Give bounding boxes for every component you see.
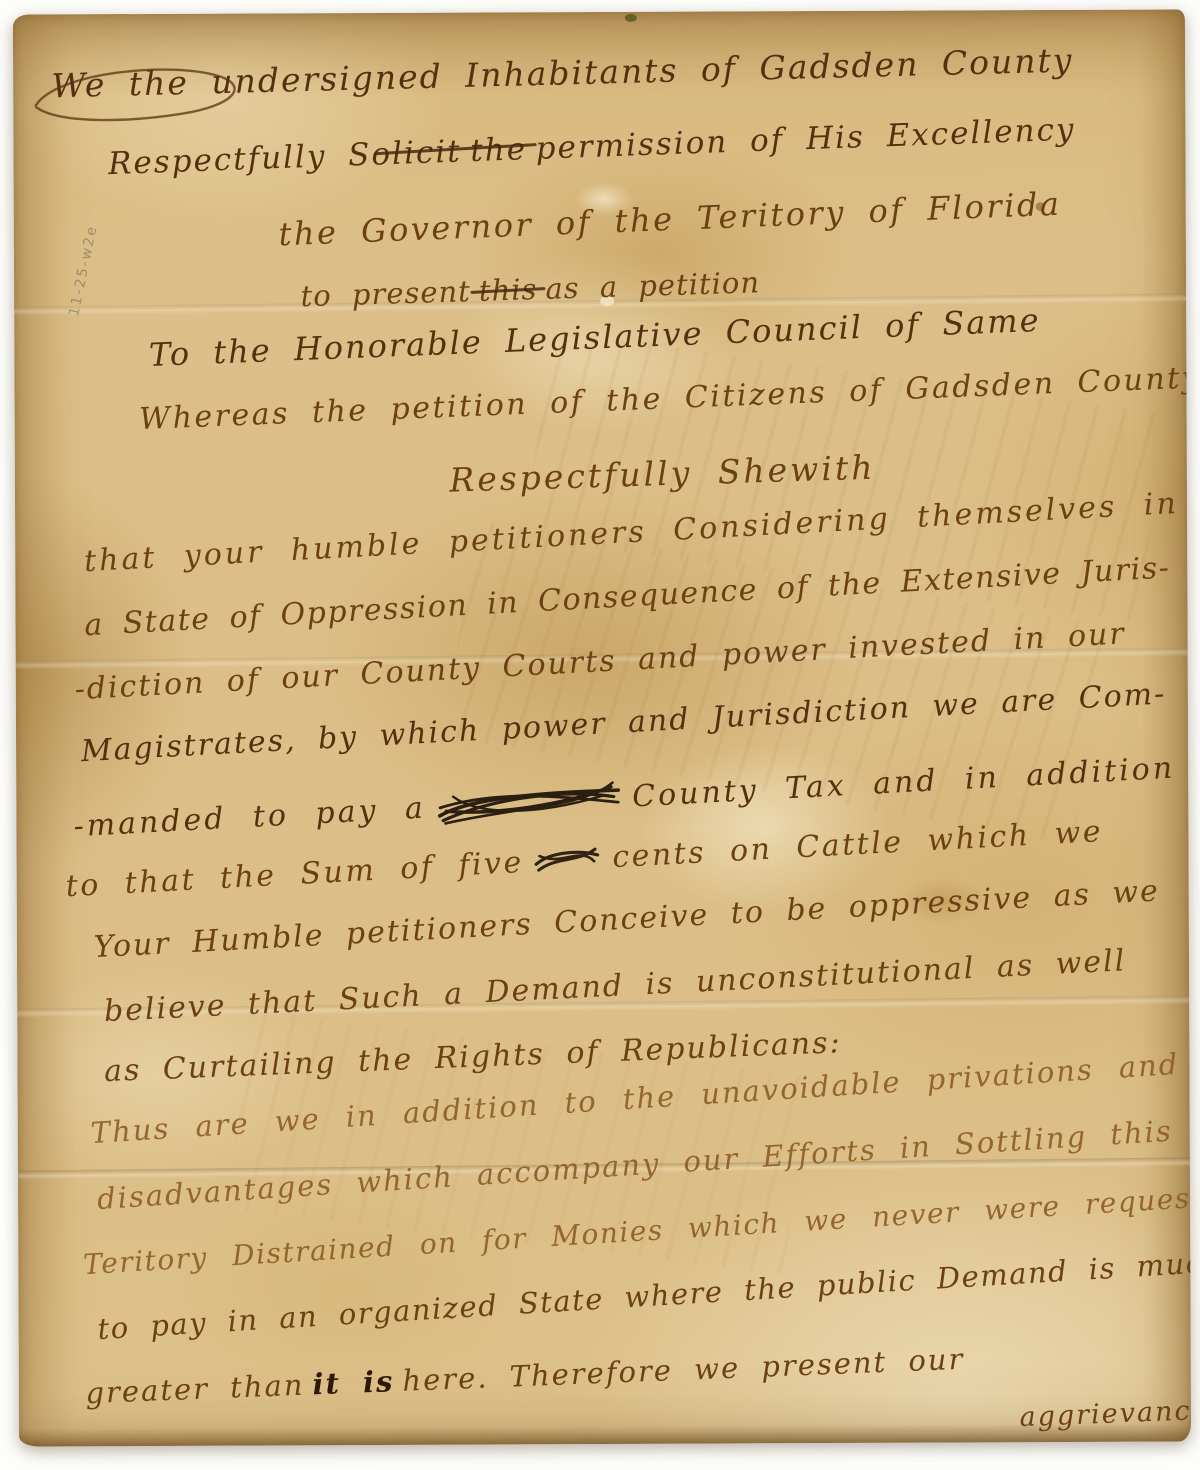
line-text: aggrievances (1019, 1394, 1191, 1433)
line-text: to that the Sum of five (65, 845, 525, 904)
crossed-out-word-scribble (432, 770, 626, 839)
manuscript-line: greater thanit ishere. Therefore we pres… (85, 1342, 965, 1411)
line-text: here. Therefore we present our (402, 1342, 965, 1398)
line-text: to present (300, 274, 471, 313)
paper-fleck (625, 14, 637, 22)
manuscript-line: We the undersigned Inhabitants of Gadsde… (51, 41, 1074, 106)
struck-word: this (478, 272, 538, 308)
crossed-out-word-scribble (530, 836, 606, 886)
line-text: greater than (85, 1368, 305, 1411)
line-text: the Governor of the Teritory of Florida (278, 185, 1062, 254)
manuscript-page: 11-25-w2e We the undersigned Inhabitants… (13, 9, 1191, 1446)
line-text: cents on Cattle which we (611, 814, 1103, 875)
pencil-annotation: 11-25-w2e (66, 224, 101, 318)
line-text: as a petition (545, 265, 761, 306)
line-text: We the undersigned Inhabitants of Gadsde… (51, 41, 1074, 106)
line-text: Respectfully Solicit (107, 133, 462, 182)
line-text: permission of His Excellency (535, 112, 1076, 167)
struck-word: the (470, 131, 528, 169)
retraced-words: it is (312, 1364, 395, 1401)
manuscript-line: the Governor of the Teritory of Florida (278, 185, 1062, 254)
scan-background: 11-25-w2e We the undersigned Inhabitants… (0, 0, 1200, 1470)
line-text: -manded to pay a (73, 791, 427, 845)
manuscript-line: aggrievances (1019, 1394, 1191, 1433)
